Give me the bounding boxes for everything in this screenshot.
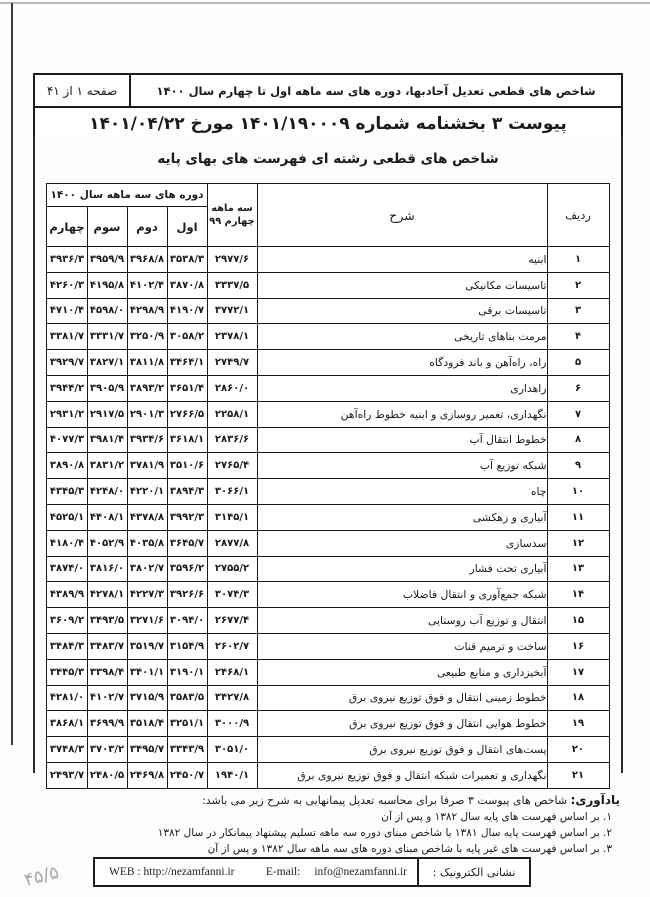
row-value-q2-1400: ۴۲۲۷/۳ (127, 582, 167, 608)
row-description: آبیاری تحت فشار (257, 556, 547, 582)
content-frame: شاخص های قطعی رشته ای فهرست های بهای پای… (33, 137, 623, 773)
row-value-q2-1400: ۳۷۱۵/۹ (127, 685, 167, 711)
row-number: ۱ (547, 247, 609, 273)
row-value-q2-1400: ۲۴۶۹/۸ (127, 762, 167, 788)
contact-box: نشانی الکترونیک : WEB : http://nezamfann… (93, 857, 531, 887)
row-description: مرمت بناهای تاریخی (257, 324, 547, 350)
row-value-q2-1400: ۳۸۱۱/۸ (127, 350, 167, 376)
table-row: ۶راهداری۲۸۶۰/۰۳۶۵۱/۴۳۸۹۳/۲۳۹۰۵/۹۳۹۴۴/۲ (47, 375, 609, 401)
row-value-q4-99: ۲۸۷۷/۸ (207, 530, 257, 556)
row-value-q3-1400: ۴۱۹۵/۸ (87, 272, 127, 298)
table-row: ۵راه، راه‌آهن و باند فرودگاه۲۷۴۹/۷۳۴۶۴/۱… (47, 350, 609, 376)
row-value-q4-99: ۳۰۷۴/۳ (207, 582, 257, 608)
table-row: ۱۳آبیاری تحت فشار۲۷۵۵/۲۳۵۹۶/۲۳۸۰۲/۷۳۸۱۶/… (47, 556, 609, 582)
table-row: ۱۲سدسازی۲۸۷۷/۸۳۶۴۵/۷۴۰۳۵/۸۴۰۵۲/۹۴۱۸۰/۴ (47, 530, 609, 556)
row-description: راهداری (257, 375, 547, 401)
email-label: E-mail: (266, 866, 301, 878)
column-header-q4: چهارم (47, 207, 87, 247)
row-value-q3-1400: ۳۴۹۳/۵ (87, 608, 127, 634)
row-value-q2-1400: ۳۹۶۸/۸ (127, 247, 167, 273)
row-value-q3-1400: ۳۹۵۹/۹ (87, 247, 127, 273)
row-number: ۱۷ (547, 659, 609, 685)
row-value-q4-99: ۲۴۶۸/۱ (207, 659, 257, 685)
row-value-q2-1400: ۳۸۰۲/۷ (127, 556, 167, 582)
table-row: ۱۸خطوط زمینی انتقال و فوق توزیع نیروی بر… (47, 685, 609, 711)
row-value-q4-1400: ۳۴۴۵/۳ (47, 659, 87, 685)
row-value-q1-1400: ۳۶۵۱/۴ (167, 375, 207, 401)
row-value-q4-99: ۲۹۷۷/۶ (207, 247, 257, 273)
row-value-q1-1400: ۳۲۵۱/۱ (167, 711, 207, 737)
index-table-head: ردیف شرح سه ماهه چهارم ۹۹ دوره های سه ما… (47, 184, 609, 247)
table-row: ۴مرمت بناهای تاریخی۲۳۷۸/۱۳۰۵۸/۲۳۲۵۰/۹۳۳۳… (47, 324, 609, 350)
column-group-header: دوره های سه ماهه سال ۱۴۰۰ (47, 184, 207, 207)
note-item-2: ۲. بر اساس فهرست پایه سال ۱۳۸۱ با شاخص م… (60, 825, 612, 841)
row-value-q1-1400: ۳۱۵۴/۹ (167, 633, 207, 659)
row-value-q1-1400: ۲۷۶۶/۵ (167, 401, 207, 427)
table-row: ۹شبکه توزیع آب۲۷۶۵/۴۳۵۱۰/۶۳۷۸۱/۹۳۸۳۱/۲۳۸… (47, 453, 609, 479)
note-item-3: ۳. بر اساس فهرست های غیر پایه با شاخص مب… (60, 841, 612, 857)
row-value-q3-1400: ۴۵۹۸/۰ (87, 298, 127, 324)
row-value-q4-1400: ۴۲۶۰/۳ (47, 272, 87, 298)
row-value-q1-1400: ۳۸۹۴/۳ (167, 479, 207, 505)
row-value-q2-1400: ۳۸۹۳/۲ (127, 375, 167, 401)
row-value-q4-1400: ۳۹۴۴/۲ (47, 375, 87, 401)
row-value-q4-1400: ۲۴۹۳/۷ (47, 762, 87, 788)
row-description: پست‌های انتقال و فوق توزیع نیروی برق (257, 737, 547, 763)
row-value-q1-1400: ۴۱۹۰/۷ (167, 298, 207, 324)
row-value-q4-99: ۲۳۷۸/۱ (207, 324, 257, 350)
row-value-q4-1400: ۳۸۶۸/۱ (47, 711, 87, 737)
row-value-q4-99: ۲۷۵۵/۲ (207, 556, 257, 582)
row-value-q1-1400: ۳۱۹۰/۱ (167, 659, 207, 685)
row-number: ۴ (547, 324, 609, 350)
row-number: ۱۲ (547, 530, 609, 556)
table-row: ۱۹خطوط هوایی انتقال و فوق توزیع نیروی بر… (47, 711, 609, 737)
row-number: ۵ (547, 350, 609, 376)
row-value-q2-1400: ۳۷۸۱/۹ (127, 453, 167, 479)
row-value-q3-1400: ۳۸۱۶/۰ (87, 556, 127, 582)
email-address: info@nezamfanni.ir (314, 866, 407, 878)
row-value-q4-1400: ۳۹۳۶/۳ (47, 247, 87, 273)
row-value-q3-1400: ۳۹۰۵/۹ (87, 375, 127, 401)
row-value-q4-99: ۲۷۴۹/۷ (207, 350, 257, 376)
row-value-q4-1400: ۴۰۷۷/۳ (47, 427, 87, 453)
row-value-q4-1400: ۳۴۸۴/۳ (47, 633, 87, 659)
row-value-q2-1400: ۳۲۵۰/۹ (127, 324, 167, 350)
row-value-q1-1400: ۳۹۲۶/۶ (167, 582, 207, 608)
row-value-q1-1400: ۳۳۴۳/۹ (167, 737, 207, 763)
row-value-q2-1400: ۳۴۹۵/۷ (127, 737, 167, 763)
table-header-row-1: ردیف شرح سه ماهه چهارم ۹۹ دوره های سه ما… (47, 184, 609, 207)
row-value-q3-1400: ۲۴۸۰/۵ (87, 762, 127, 788)
base-quarter-line1: سه ماهه (208, 202, 257, 215)
row-value-q1-1400: ۳۶۴۵/۷ (167, 530, 207, 556)
header-row-1: شاخص های قطعی تعدیل آحادبها، دوره های سه… (35, 75, 621, 106)
row-value-q4-99: ۲۸۶۰/۰ (207, 375, 257, 401)
row-description: ساخت و ترمیم قنات (257, 633, 547, 659)
column-header-q3: سوم (87, 207, 127, 247)
circular-reference: پیوست ۳ بخشنامه شماره ۱۴۰۱/۱۹۰۰۰۹ مورخ ۱… (35, 106, 621, 140)
row-value-q3-1400: ۳۹۸۱/۴ (87, 427, 127, 453)
row-number: ۲ (547, 272, 609, 298)
notes-block: یادآوری: شاخص های پیوست ۳ صرفا برای محاس… (60, 792, 620, 857)
column-header-row-number: ردیف (547, 184, 609, 247)
row-value-q3-1400: ۴۴۰۸/۱ (87, 504, 127, 530)
table-row: ۱۱آبیاری و زهکشی۳۱۴۵/۱۳۹۹۲/۳۴۳۷۸/۸۴۴۰۸/۱… (47, 504, 609, 530)
row-value-q4-1400: ۲۹۳۱/۲ (47, 401, 87, 427)
row-number: ۲۰ (547, 737, 609, 763)
row-value-q4-99: ۲۲۵۸/۱ (207, 401, 257, 427)
row-value-q1-1400: ۳۵۳۸/۳ (167, 247, 207, 273)
row-value-q4-1400: ۳۸۷۴/۰ (47, 556, 87, 582)
row-value-q3-1400: ۳۷۰۳/۲ (87, 737, 127, 763)
notes-label: یادآوری: (571, 793, 620, 807)
row-value-q1-1400: ۳۴۶۴/۱ (167, 350, 207, 376)
row-value-q4-1400: ۳۸۹۰/۸ (47, 453, 87, 479)
note-item-1: ۱. بر اساس فهرست های پایه سال ۱۳۸۲ و پس … (60, 809, 612, 825)
row-value-q1-1400: ۳۵۹۶/۲ (167, 556, 207, 582)
row-value-q2-1400: ۲۹۰۱/۳ (127, 401, 167, 427)
row-value-q3-1400: ۴۲۷۸/۱ (87, 582, 127, 608)
row-value-q4-1400: ۳۳۸۱/۷ (47, 324, 87, 350)
row-description: خطوط هوایی انتقال و فوق توزیع نیروی برق (257, 711, 547, 737)
row-value-q2-1400: ۳۵۱۸/۴ (127, 711, 167, 737)
row-number: ۶ (547, 375, 609, 401)
row-value-q1-1400: ۳۹۹۲/۳ (167, 504, 207, 530)
row-number: ۱۹ (547, 711, 609, 737)
row-number: ۱۱ (547, 504, 609, 530)
row-value-q1-1400: ۳۸۷۰/۸ (167, 272, 207, 298)
row-value-q2-1400: ۳۵۱۹/۷ (127, 633, 167, 659)
row-number: ۷ (547, 401, 609, 427)
row-number: ۱۸ (547, 685, 609, 711)
row-description: شبکه جمع‌آوری و انتقال فاضلاب (257, 582, 547, 608)
index-table-body: ۱ابنیه۲۹۷۷/۶۳۵۳۸/۳۳۹۶۸/۸۳۹۵۹/۹۳۹۳۶/۳۲تاس… (47, 247, 609, 789)
row-value-q3-1400: ۳۴۸۳/۷ (87, 633, 127, 659)
row-number: ۱۴ (547, 582, 609, 608)
row-description: چاه (257, 479, 547, 505)
table-row: ۱۴شبکه جمع‌آوری و انتقال فاضلاب۳۰۷۴/۳۳۹۲… (47, 582, 609, 608)
notes-intro: شاخص های پیوست ۳ صرفا برای محاسبه تعدیل … (202, 794, 567, 807)
row-value-q4-99: ۳۳۳۷/۵ (207, 272, 257, 298)
row-value-q4-99: ۳۴۲۷/۸ (207, 685, 257, 711)
row-number: ۳ (547, 298, 609, 324)
row-value-q3-1400: ۳۸۳۱/۲ (87, 453, 127, 479)
scan-edge-top (0, 2, 650, 4)
row-value-q3-1400: ۳۸۲۷/۱ (87, 350, 127, 376)
row-description: خطوط زمینی انتقال و فوق توزیع نیروی برق (257, 685, 547, 711)
row-value-q4-1400: ۴۵۲۵/۱ (47, 504, 87, 530)
row-value-q4-99: ۳۷۷۲/۱ (207, 298, 257, 324)
row-value-q4-99: ۳۰۶۶/۱ (207, 479, 257, 505)
row-value-q2-1400: ۴۲۲۰/۱ (127, 479, 167, 505)
row-value-q2-1400: ۴۱۰۲/۴ (127, 272, 167, 298)
row-number: ۹ (547, 453, 609, 479)
table-row: ۳تاسیسات برقی۳۷۷۲/۱۴۱۹۰/۷۴۲۹۸/۹۴۵۹۸/۰۴۷۱… (47, 298, 609, 324)
row-number: ۱۰ (547, 479, 609, 505)
row-value-q1-1400: ۲۴۵۰/۷ (167, 762, 207, 788)
row-value-q4-99: ۲۷۶۵/۴ (207, 453, 257, 479)
row-value-q4-1400: ۴۲۸۱/۰ (47, 685, 87, 711)
row-value-q2-1400: ۴۲۹۸/۹ (127, 298, 167, 324)
column-header-description: شرح (257, 184, 547, 247)
row-value-q2-1400: ۴۰۳۵/۸ (127, 530, 167, 556)
row-value-q4-99: ۳۱۴۵/۱ (207, 504, 257, 530)
row-value-q1-1400: ۳۰۵۸/۲ (167, 324, 207, 350)
row-value-q4-1400: ۴۷۱۰/۴ (47, 298, 87, 324)
row-value-q1-1400: ۳۵۱۰/۶ (167, 453, 207, 479)
table-row: ۱ابنیه۲۹۷۷/۶۳۵۳۸/۳۳۹۶۸/۸۳۹۵۹/۹۳۹۳۶/۳ (47, 247, 609, 273)
row-value-q3-1400: ۳۳۹۸/۴ (87, 659, 127, 685)
section-title: شاخص های قطعی رشته ای فهرست های بهای پای… (35, 151, 621, 167)
row-value-q2-1400: ۴۳۷۸/۸ (127, 504, 167, 530)
row-value-q4-1400: ۳۶۰۹/۲ (47, 608, 87, 634)
row-value-q1-1400: ۳۰۹۴/۰ (167, 608, 207, 634)
row-description: نگهداری و تعمیرات شبکه انتقال و فوق توزی… (257, 762, 547, 788)
row-value-q4-99: ۲۶۷۷/۴ (207, 608, 257, 634)
row-number: ۸ (547, 427, 609, 453)
row-value-q4-1400: ۳۷۴۸/۳ (47, 737, 87, 763)
web-address: WEB : http://nezamfanni.ir (109, 866, 235, 878)
row-value-q3-1400: ۳۶۹۹/۹ (87, 711, 127, 737)
column-header-q2: دوم (127, 207, 167, 247)
table-row: ۲تاسیسات مکانیکی۳۳۳۷/۵۳۸۷۰/۸۴۱۰۲/۴۴۱۹۵/۸… (47, 272, 609, 298)
column-header-base-quarter: سه ماهه چهارم ۹۹ (207, 184, 257, 247)
base-quarter-line2: چهارم ۹۹ (208, 215, 257, 228)
row-value-q4-1400: ۴۳۸۹/۹ (47, 582, 87, 608)
row-description: تاسیسات برقی (257, 298, 547, 324)
notes-header: یادآوری: شاخص های پیوست ۳ صرفا برای محاس… (60, 792, 620, 809)
table-row: ۸خطوط انتقال آب۲۸۳۶/۶۳۶۱۸/۱۳۹۳۴/۶۳۹۸۱/۴۴… (47, 427, 609, 453)
table-row: ۷نگهداری، تعمیر روسازی و ابنیه خطوط راه‌… (47, 401, 609, 427)
row-value-q4-1400: ۴۳۴۵/۳ (47, 479, 87, 505)
table-row: ۱۶ساخت و ترمیم قنات۲۶۰۲/۷۳۱۵۴/۹۳۵۱۹/۷۳۴۸… (47, 633, 609, 659)
row-value-q4-99: ۱۹۴۰/۱ (207, 762, 257, 788)
row-description: آبخیزداری و منابع طبیعی (257, 659, 547, 685)
row-value-q2-1400: ۳۴۰۱/۱ (127, 659, 167, 685)
page-number: صفحه ۱ از ۴۱ (35, 75, 129, 106)
row-value-q3-1400: ۴۲۴۸/۰ (87, 479, 127, 505)
row-description: تاسیسات مکانیکی (257, 272, 547, 298)
row-description: ابنیه (257, 247, 547, 273)
row-description: راه، راه‌آهن و باند فرودگاه (257, 350, 547, 376)
scan-edge-left (11, 3, 13, 745)
document-header: شاخص های قطعی تعدیل آحادبها، دوره های سه… (33, 73, 623, 142)
handwritten-mark: ۴۵/۵ (22, 862, 61, 891)
row-value-q1-1400: ۳۶۱۸/۱ (167, 427, 207, 453)
row-value-q3-1400: ۲۹۱۷/۵ (87, 401, 127, 427)
row-value-q4-99: ۳۰۵۱/۰ (207, 737, 257, 763)
row-value-q4-99: ۳۰۰۰/۹ (207, 711, 257, 737)
row-value-q3-1400: ۳۳۳۱/۷ (87, 324, 127, 350)
contact-details: WEB : http://nezamfanni.ir E-mail: info@… (95, 859, 417, 885)
electronic-address-label: نشانی الکترونیک : (417, 859, 529, 885)
document-title: شاخص های قطعی تعدیل آحادبها، دوره های سه… (129, 75, 621, 106)
row-number: ۱۶ (547, 633, 609, 659)
row-value-q2-1400: ۳۲۷۱/۶ (127, 608, 167, 634)
row-value-q4-1400: ۴۱۸۰/۴ (47, 530, 87, 556)
row-number: ۲۱ (547, 762, 609, 788)
row-value-q2-1400: ۳۹۳۴/۶ (127, 427, 167, 453)
scanned-page: شاخص های قطعی تعدیل آحادبها، دوره های سه… (0, 0, 650, 897)
row-value-q4-99: ۲۸۳۶/۶ (207, 427, 257, 453)
row-description: آبیاری و زهکشی (257, 504, 547, 530)
row-number: ۱۵ (547, 608, 609, 634)
table-row: ۲۰پست‌های انتقال و فوق توزیع نیروی برق۳۰… (47, 737, 609, 763)
row-value-q3-1400: ۴۱۰۲/۷ (87, 685, 127, 711)
column-header-q1: اول (167, 207, 207, 247)
row-description: شبکه توزیع آب (257, 453, 547, 479)
table-row: ۱۷آبخیزداری و منابع طبیعی۲۴۶۸/۱۳۱۹۰/۱۳۴۰… (47, 659, 609, 685)
row-number: ۱۳ (547, 556, 609, 582)
row-value-q3-1400: ۴۰۵۲/۹ (87, 530, 127, 556)
row-description: خطوط انتقال آب (257, 427, 547, 453)
row-description: نگهداری، تعمیر روسازی و ابنیه خطوط راه‌آ… (257, 401, 547, 427)
row-value-q1-1400: ۳۵۸۳/۵ (167, 685, 207, 711)
row-value-q4-99: ۲۶۰۲/۷ (207, 633, 257, 659)
index-table: ردیف شرح سه ماهه چهارم ۹۹ دوره های سه ما… (46, 183, 609, 789)
row-description: انتقال و توزیع آب روستایی (257, 608, 547, 634)
row-value-q4-1400: ۳۹۲۹/۷ (47, 350, 87, 376)
table-row: ۱۰چاه۳۰۶۶/۱۳۸۹۴/۳۴۲۲۰/۱۴۲۴۸/۰۴۳۴۵/۳ (47, 479, 609, 505)
row-description: سدسازی (257, 530, 547, 556)
table-row: ۱۵انتقال و توزیع آب روستایی۲۶۷۷/۴۳۰۹۴/۰۳… (47, 608, 609, 634)
table-row: ۲۱نگهداری و تعمیرات شبکه انتقال و فوق تو… (47, 762, 609, 788)
